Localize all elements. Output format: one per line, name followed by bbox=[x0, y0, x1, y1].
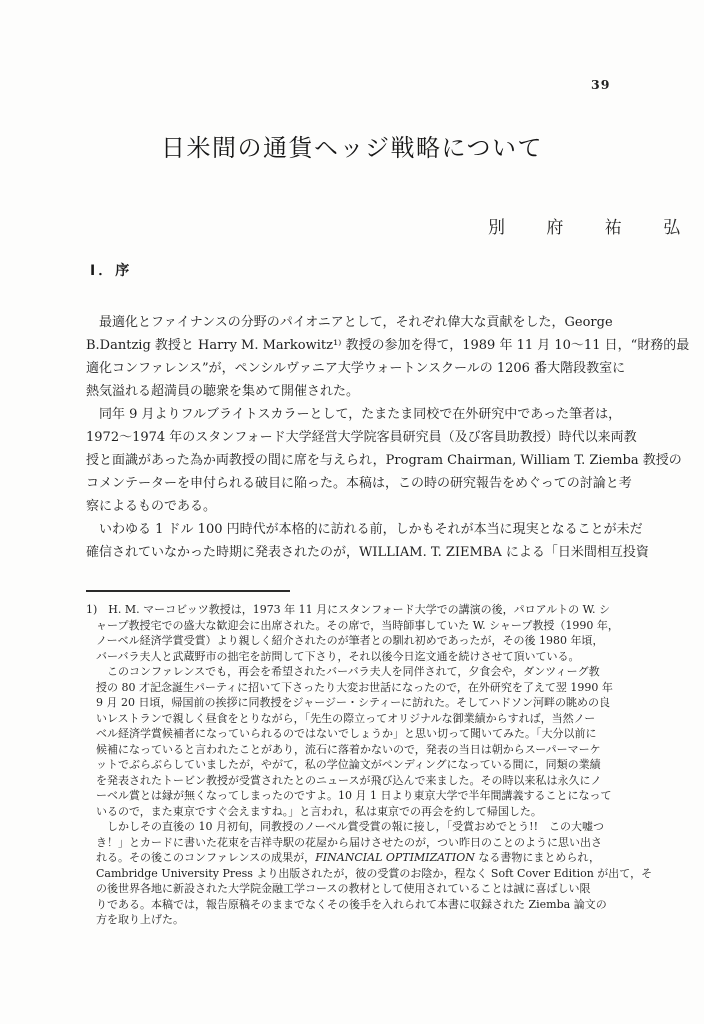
footnote-line: しかしその直後の 10 月初旬，同教授のノーベル賞受賞の報に接し，「受賞おめでと… bbox=[107, 819, 626, 835]
main-text-line: 授と面識があった為か両教授の間に席を与えられ，Program Chairman,… bbox=[86, 449, 623, 472]
footnote-line: き！」とカードに書いた花束を吉祥寺駅の花屋から届けさせたのが，つい昨日のことのよ… bbox=[96, 835, 626, 851]
main-text-line: コメンテーターを申付られる破目に陥った。本稿は，この時の研究報告をめぐっての討論… bbox=[86, 472, 623, 495]
main-text-line: B.Dantzig 教授と Harry M. Markowitz¹⁾ 教授の参加… bbox=[86, 334, 623, 357]
main-text-line: いわゆる 1 ドル 100 円時代が本格的に訪れる前，しかもそれが本当に現実とな… bbox=[86, 518, 623, 541]
main-text-line: 同年 9 月よりフルブライトスカラーとして，たまたま同校で在外研究中であった筆者… bbox=[86, 403, 623, 426]
footnote-line: Cambridge University Press より出版されたが，彼の受賞… bbox=[96, 866, 626, 882]
author-name: 別 府 祐 弘 bbox=[488, 213, 698, 238]
footnote-line: 1) H. M. マーコビッツ教授は，1973 年 11 月にスタンフォード大学… bbox=[86, 602, 626, 618]
footnote-line: 候補になっていると言われたことがあり，流石に落着かないので，発表の当日は朝からス… bbox=[96, 742, 626, 758]
paper-title: 日米間の通貨ヘッジ戦略について bbox=[0, 128, 704, 163]
footnote-line: ノーベル経済学賞受賞）より親しく紹介されたのが筆者との馴れ初めであったが，その後… bbox=[96, 633, 626, 649]
footnote-line: 方を取り上げた。 bbox=[96, 912, 626, 928]
footnote-line: 9 月 20 日頃，帰国前の挨拶に同教授をジャージー・シティーに訪れた。そしてハ… bbox=[96, 695, 626, 711]
main-text-line: 1972～1974 年のスタンフォード大学経営大学院客員研究員（及び客員助教授）… bbox=[86, 426, 623, 449]
footnote-line: ットでぶらぶらしていましたが，やがて，私の学位論文がペンディングになっている間に… bbox=[96, 757, 626, 773]
footnote-line: を発表されたトービン教授が受賞されたとのニュースが飛び込んで来ました。その時以来… bbox=[96, 773, 626, 789]
section-heading: Ⅰ．序 bbox=[90, 260, 132, 280]
footnote-line: の後世界各地に新設された大学院金融工学コースの教材として使用されていることは誠に… bbox=[96, 881, 626, 897]
footnote-line: バーバラ夫人と武蔵野市の拙宅を訪問して下さり，それ以後今日迄文通を続けさせて頂い… bbox=[96, 649, 626, 665]
paper-page: 39 日米間の通貨ヘッジ戦略について 別 府 祐 弘 Ⅰ．序 最適化とファイナン… bbox=[0, 0, 704, 1024]
italic-book-title: FINANCIAL OPTIMIZATION bbox=[315, 851, 475, 864]
page-number: 39 bbox=[591, 77, 610, 92]
footnote-line: れる。その後このコンファレンスの成果が，FINANCIAL OPTIMIZATI… bbox=[96, 850, 626, 866]
footnote-separator-rule bbox=[86, 590, 290, 592]
footnote-line: りである。本稿では，報告原稿そのままでなくその後手を入れられて本書に収録された … bbox=[96, 897, 626, 913]
footnote-line: いレストランで親しく昼食をとりながら，「先生の際立ってオリジナルな御業績からすれ… bbox=[96, 711, 626, 727]
main-text-line: 最適化とファイナンスの分野のパイオニアとして，それぞれ偉大な貢献をした，Geor… bbox=[86, 311, 623, 334]
main-text-line: 熱気溢れる超満員の聴衆を集めて開催された。 bbox=[86, 380, 623, 403]
footnote-line: ベル経済学賞候補者になっていられるのではないでしょうか」と思い切って聞いてみた。… bbox=[96, 726, 626, 742]
footnote-line: いるので，また東京ですぐ会えますね。」と言われ，私は東京での再会を約して帰国した… bbox=[96, 804, 626, 820]
text-segment: れる。その後このコンファレンスの成果が， bbox=[96, 851, 315, 864]
main-text-line: 察によるものである。 bbox=[86, 495, 623, 518]
footnote-line: ーベル賞とは縁が無くなってしまったのですよ。10 月 1 日より東京大学で半年間… bbox=[96, 788, 626, 804]
footnote-block: 1) H. M. マーコビッツ教授は，1973 年 11 月にスタンフォード大学… bbox=[86, 602, 626, 928]
main-text-block: 最適化とファイナンスの分野のパイオニアとして，それぞれ偉大な貢献をした，Geor… bbox=[86, 311, 623, 564]
main-text-line: 確信されていなかった時期に発表されたのが，WILLIAM. T. ZIEMBA … bbox=[86, 541, 623, 564]
text-segment: なる書物にまとめられ， bbox=[475, 851, 600, 864]
main-text-line: 適化コンファレンス”が，ペンシルヴァニア大学ウォートンスクールの 1206 番大… bbox=[86, 357, 623, 380]
footnote-line: このコンファレンスでも，再会を希望されたバーバラ夫人を同伴されて，夕食会や，ダン… bbox=[107, 664, 626, 680]
footnote-line: 授の 80 才記念誕生パーティに招いて下さったり大変お世話になったので，在外研究… bbox=[96, 680, 626, 696]
footnote-line: ャープ教授宅での盛大な歓迎会に出席された。その席で，当時師事していた W. シャ… bbox=[96, 618, 626, 634]
